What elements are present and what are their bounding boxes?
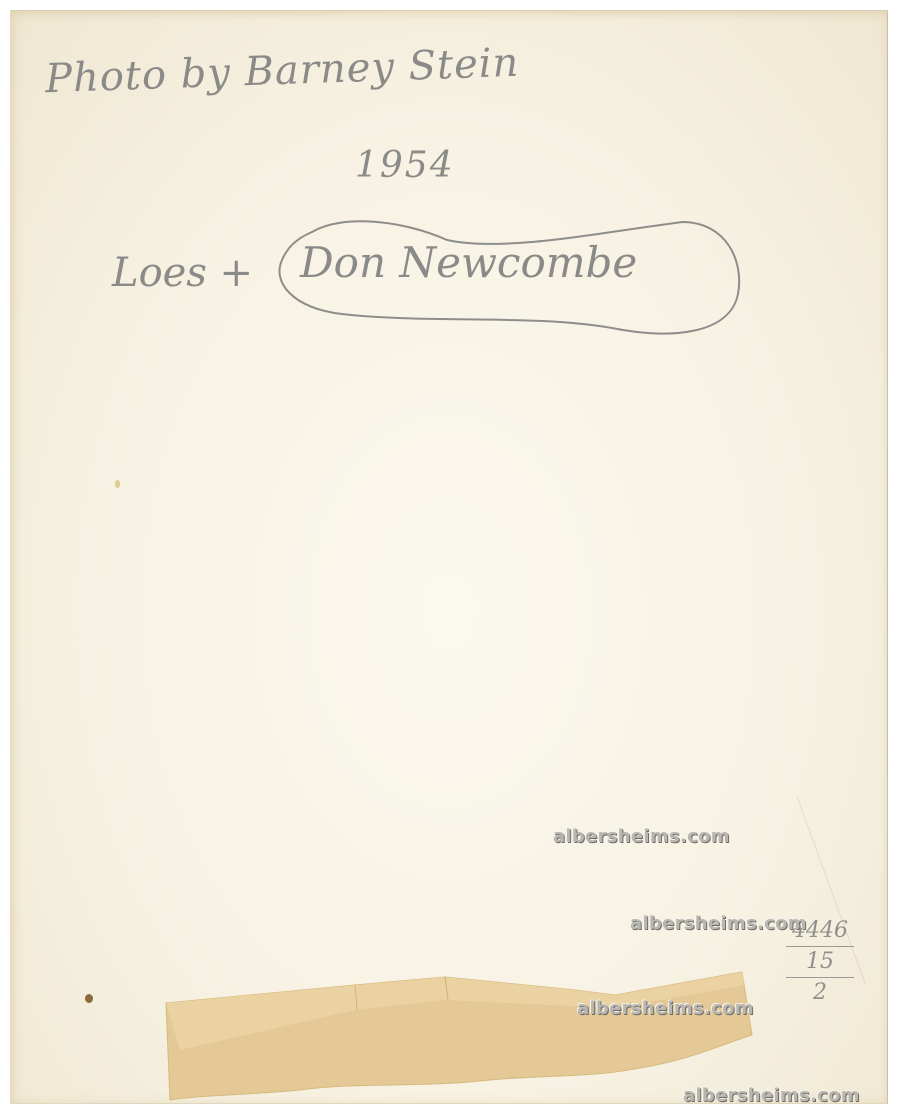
reference-number-bottom: 2 — [780, 980, 860, 1006]
watermark: albersheims.com — [630, 913, 807, 934]
stain-spot — [115, 480, 120, 488]
subject-name-loes: Loes + — [112, 250, 253, 296]
stain-spot — [85, 994, 93, 1003]
watermark: albersheims.com — [683, 1085, 860, 1106]
photo-year: 1954 — [355, 145, 455, 186]
pencil-circle-annotation — [272, 212, 744, 340]
fraction-line — [786, 977, 854, 978]
reference-number-middle: 15 — [780, 949, 860, 975]
watermark: albersheims.com — [553, 826, 730, 847]
fraction-line — [786, 946, 854, 947]
watermark: albersheims.com — [577, 998, 754, 1019]
